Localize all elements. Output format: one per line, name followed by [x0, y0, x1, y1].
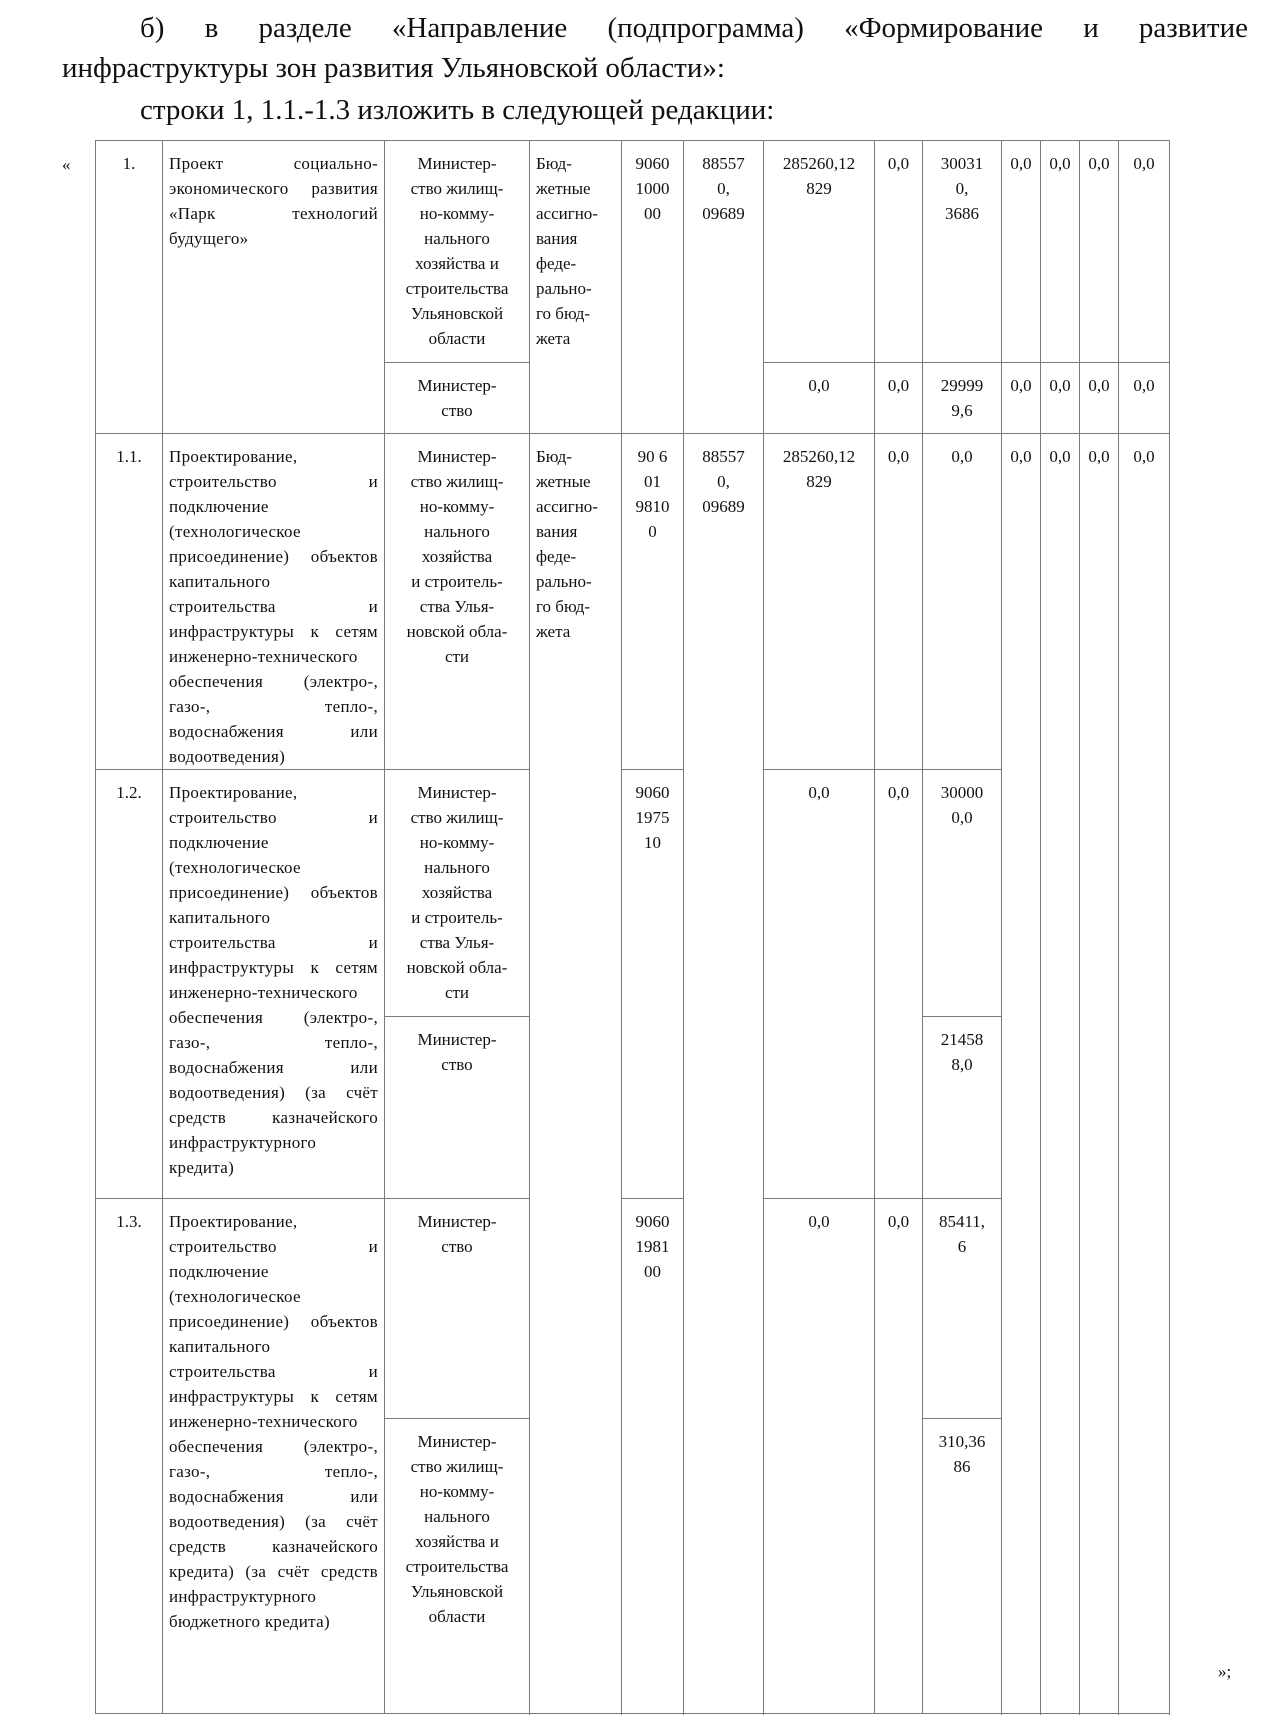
- value: 0,0: [875, 434, 923, 770]
- row-name: Проектирование, строительство и подключе…: [163, 434, 385, 770]
- value: 0,0: [1041, 363, 1080, 434]
- value: 0,0: [1002, 363, 1041, 434]
- row-number: 1.: [96, 141, 163, 434]
- value: 0,0: [1080, 141, 1119, 363]
- responsible: Министер- ство жилищ- но-комму- нального…: [385, 770, 530, 1017]
- budget-code: 90 6 01 9810 0: [622, 434, 684, 770]
- value: 0,0: [1041, 141, 1080, 363]
- value: 0,0: [1080, 434, 1119, 1714]
- total-amount: 88557 0, 09689: [684, 141, 764, 434]
- value: 0,0: [875, 1199, 923, 1714]
- budget-code: 9060 1000 00: [622, 141, 684, 434]
- intro-line-1: б) в разделе «Направление (подпрограмма)…: [62, 8, 1248, 48]
- responsible: Министер- ство жилищ- но-комму- нального…: [385, 434, 530, 770]
- value: 30000 0,0: [923, 770, 1002, 1017]
- value: 0,0: [1041, 434, 1080, 1714]
- value: 285260,12 829: [764, 141, 875, 363]
- value: 0,0: [1119, 141, 1170, 363]
- value: 21458 8,0: [923, 1017, 1002, 1199]
- value: 0,0: [1002, 141, 1041, 363]
- row-name: Проектирование, строительство и подключе…: [163, 1199, 385, 1714]
- table-row: 1.1. Проектирование, строительство и под…: [96, 434, 1170, 770]
- row-number: 1.3.: [96, 1199, 163, 1714]
- value: 0,0: [1119, 434, 1170, 1714]
- total-amount: 88557 0, 09689: [684, 434, 764, 1714]
- funding-source: Бюд- жетные ассигно- вания феде- рально-…: [530, 434, 622, 1714]
- intro-line-2: инфраструктуры зон развития Ульяновской …: [62, 48, 1248, 88]
- value: 29999 9,6: [923, 363, 1002, 434]
- responsible: Министер- ство: [385, 363, 530, 434]
- row-number: 1.2.: [96, 770, 163, 1199]
- responsible: Министер- ство жилищ- но-комму- нального…: [385, 141, 530, 363]
- budget-code: 9060 1975 10: [622, 770, 684, 1199]
- value: 30031 0, 3686: [923, 141, 1002, 363]
- quote-close: »;: [1218, 1662, 1231, 1682]
- value: 0,0: [1080, 363, 1119, 434]
- table-row: 1. Проект социально-экономического разви…: [96, 141, 1170, 363]
- value: 0,0: [764, 363, 875, 434]
- row-number: 1.1.: [96, 434, 163, 770]
- value: 0,0: [875, 141, 923, 363]
- row-name: Проект социально-экономического развития…: [163, 141, 385, 434]
- value: 0,0: [764, 770, 875, 1199]
- value: 0,0: [875, 770, 923, 1199]
- responsible: Министер- ство: [385, 1199, 530, 1419]
- value: 310,36 86: [923, 1419, 1002, 1714]
- value: 85411, 6: [923, 1199, 1002, 1419]
- budget-table: 1. Проект социально-экономического разви…: [95, 140, 1170, 1714]
- responsible: Министер- ство жилищ- но-комму- нального…: [385, 1419, 530, 1714]
- row-name: Проектирование, строительство и подключе…: [163, 770, 385, 1199]
- value: 285260,12 829: [764, 434, 875, 770]
- value: 0,0: [923, 434, 1002, 770]
- funding-source: Бюд- жетные ассигно- вания феде- рально-…: [530, 141, 622, 434]
- value: 0,0: [1002, 434, 1041, 1714]
- responsible: Министер- ство: [385, 1017, 530, 1199]
- intro-line-3: строки 1, 1.1.-1.3 изложить в следующей …: [140, 90, 1248, 130]
- value: 0,0: [875, 363, 923, 434]
- quote-open: «: [62, 155, 71, 175]
- value: 0,0: [764, 1199, 875, 1714]
- budget-code: 9060 1981 00: [622, 1199, 684, 1714]
- value: 0,0: [1119, 363, 1170, 434]
